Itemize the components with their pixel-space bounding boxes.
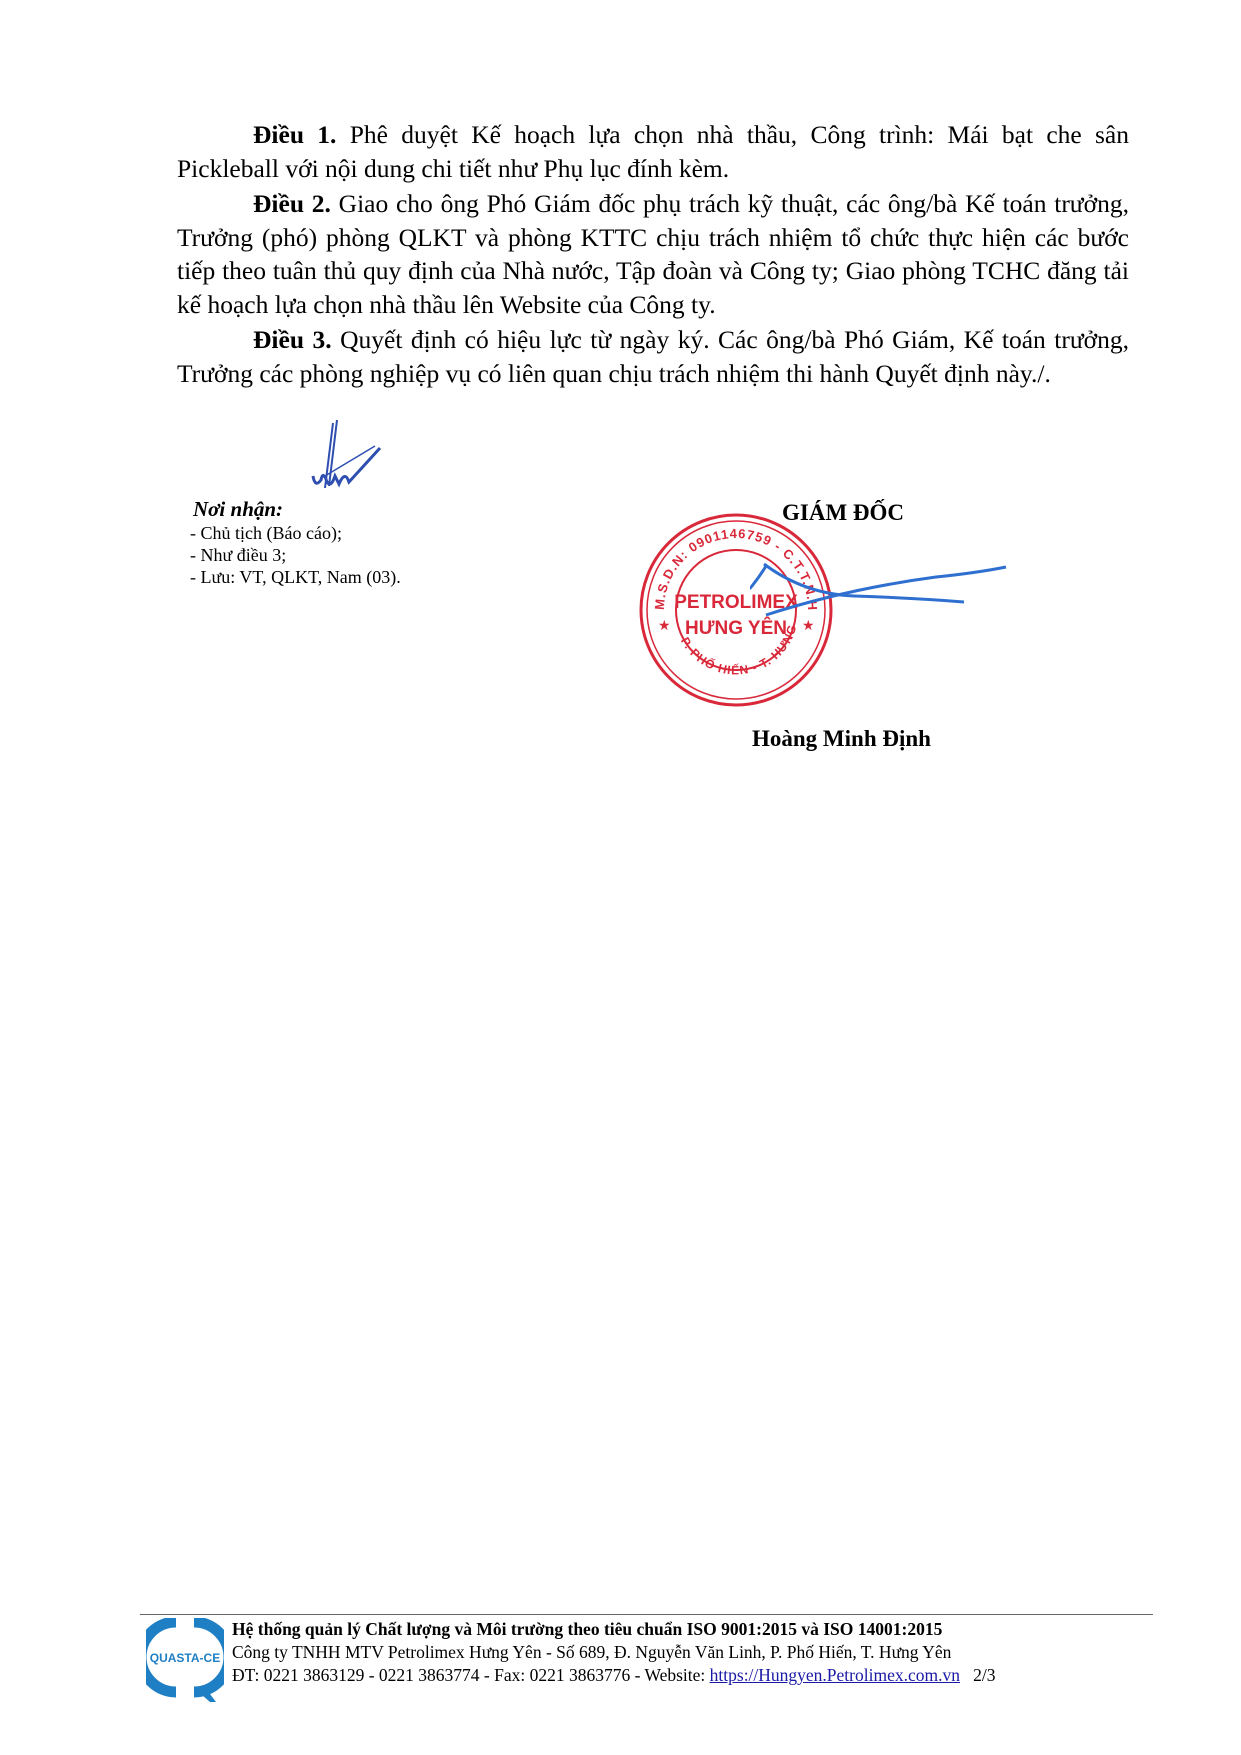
recipient-item: - Như điều 3; — [190, 544, 401, 566]
footer-divider — [140, 1614, 1153, 1615]
footer-website-link[interactable]: https://Hungyen.Petrolimex.com.vn — [710, 1665, 960, 1685]
svg-text:QUASTA-CE: QUASTA-CE — [150, 1651, 220, 1665]
article-3: Điều 3. Quyết định có hiệu lực từ ngày k… — [177, 323, 1129, 390]
article-3-label: Điều 3. — [253, 325, 332, 354]
initials-signature-icon — [305, 418, 405, 498]
article-1-label: Điều 1. — [253, 120, 336, 149]
page-number: 2/3 — [973, 1665, 995, 1685]
footer-contact: ĐT: 0221 3863129 - 0221 3863774 - Fax: 0… — [232, 1664, 995, 1687]
svg-text:★: ★ — [658, 619, 671, 634]
article-2-label: Điều 2. — [253, 189, 331, 218]
signatory-name: Hoàng Minh Định — [752, 726, 931, 752]
recipient-item: - Chủ tịch (Báo cáo); — [190, 522, 401, 544]
article-2: Điều 2. Giao cho ông Phó Giám đốc phụ tr… — [177, 187, 1129, 321]
quasta-ce-logo-icon: QUASTA-CE — [146, 1618, 224, 1702]
footer-phone-fax: ĐT: 0221 3863129 - 0221 3863774 - Fax: 0… — [232, 1665, 710, 1685]
footer-info: Hệ thống quản lý Chất lượng và Môi trườn… — [232, 1618, 995, 1687]
document-body: Điều 1. Phê duyệt Kế hoạch lựa chọn nhà … — [177, 118, 1129, 392]
article-1: Điều 1. Phê duyệt Kế hoạch lựa chọn nhà … — [177, 118, 1129, 185]
footer-address: Công ty TNHH MTV Petrolimex Hưng Yên - S… — [232, 1641, 995, 1664]
signatory-title: GIÁM ĐỐC — [782, 500, 904, 526]
recipient-item: - Lưu: VT, QLKT, Nam (03). — [190, 566, 401, 588]
director-signature-icon — [750, 560, 1050, 640]
recipients-heading: Nơi nhận: — [193, 496, 401, 522]
recipients-block: Nơi nhận: - Chủ tịch (Báo cáo); - Như đi… — [190, 496, 401, 588]
footer-quality-system: Hệ thống quản lý Chất lượng và Môi trườn… — [232, 1618, 995, 1641]
